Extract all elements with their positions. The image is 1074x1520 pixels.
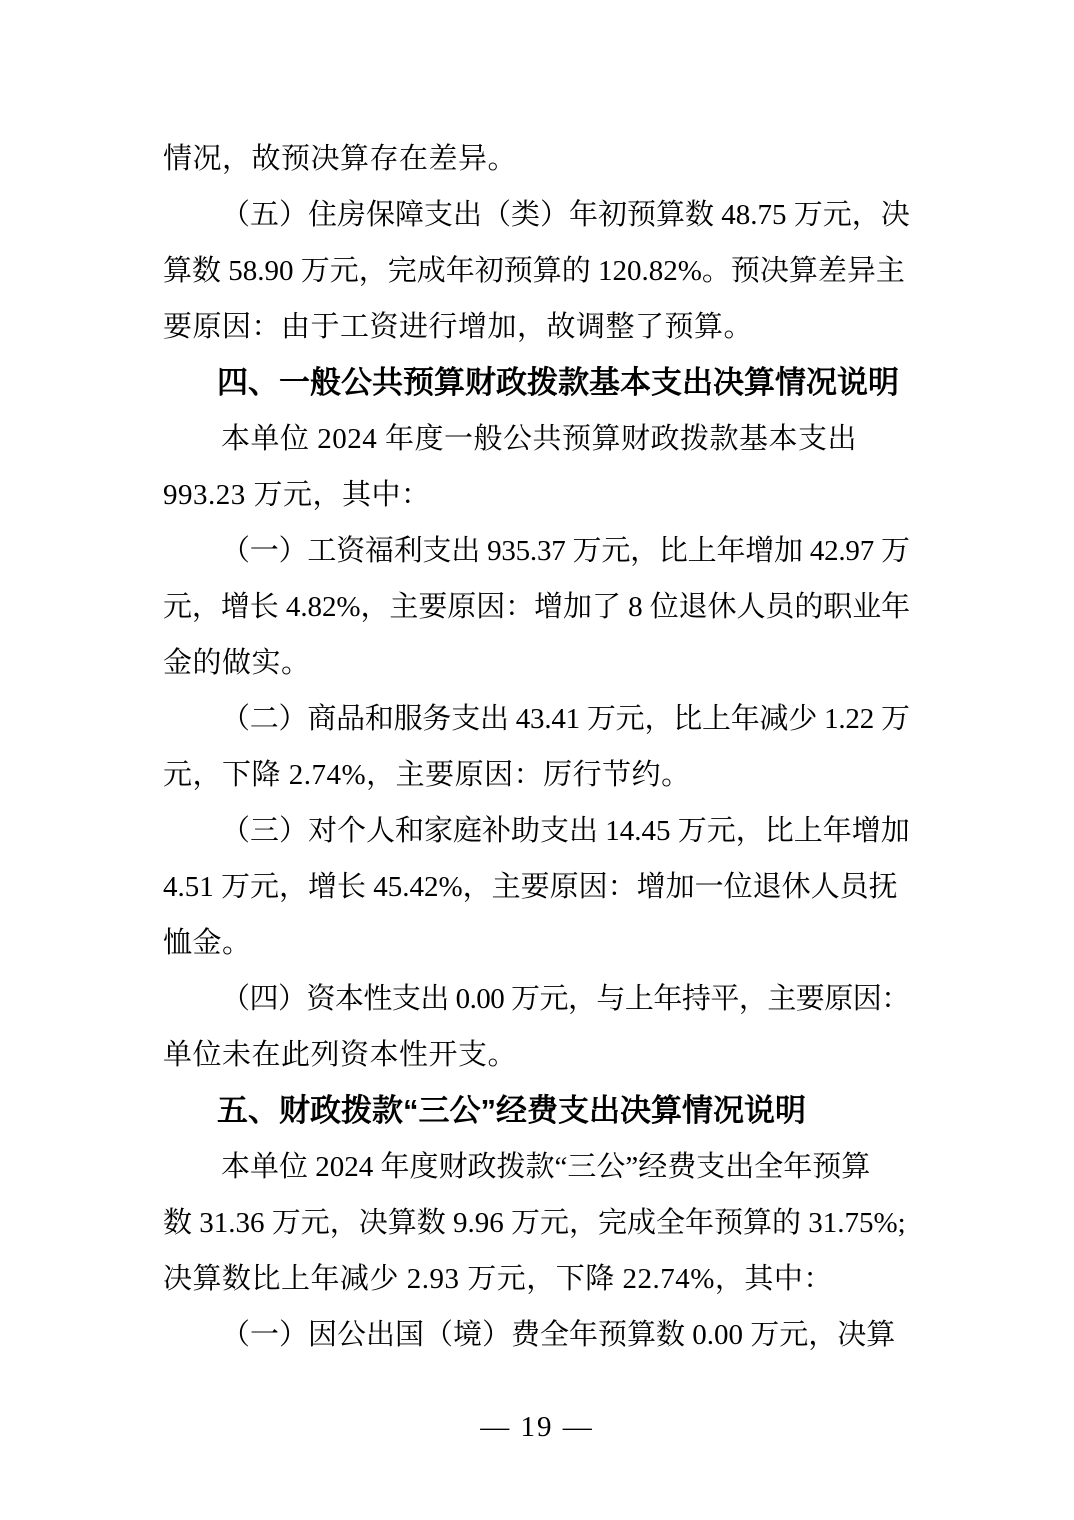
text-line: 元，下降 2.74%，主要原因：厉行节约。 [163,747,910,803]
text-line: 本单位 2024 年度一般公共预算财政拨款基本支出 [163,411,910,467]
page-number: — 19 — [0,1399,1074,1455]
text-line: （四）资本性支出 0.00 万元，与上年持平，主要原因： [163,971,910,1027]
text-line: 恤金。 [163,915,910,971]
text-line: 本单位 2024 年度财政拨款“三公”经费支出全年预算 [163,1139,910,1195]
text-line: （三）对个人和家庭补助支出 14.45 万元，比上年增加 [163,803,910,859]
text-line: 要原因：由于工资进行增加，故调整了预算。 [163,299,910,355]
text-line: 情况，故预决算存在差异。 [163,131,910,187]
section-heading-five: 五、财政拨款“三公”经费支出决算情况说明 [163,1083,910,1139]
text-line: 993.23 万元，其中： [163,467,910,523]
text-line: （二）商品和服务支出 43.41 万元，比上年减少 1.22 万 [163,691,910,747]
text-line: （一）因公出国（境）费全年预算数 0.00 万元，决算 [163,1307,910,1363]
section-heading-four: 四、一般公共预算财政拨款基本支出决算情况说明 [163,355,910,411]
text-line: 金的做实。 [163,635,910,691]
text-line: 数 31.36 万元，决算数 9.96 万元，完成全年预算的 31.75%; [163,1195,910,1251]
document-page: 情况，故预决算存在差异。 （五）住房保障支出（类）年初预算数 48.75 万元，… [0,0,1074,1520]
text-line: 算数 58.90 万元，完成年初预算的 120.82%。预决算差异主 [163,243,910,299]
text-line: 元，增长 4.82%，主要原因：增加了 8 位退休人员的职业年 [163,579,910,635]
text-line: （一）工资福利支出 935.37 万元，比上年增加 42.97 万 [163,523,910,579]
text-line: 决算数比上年减少 2.93 万元，下降 22.74%，其中： [163,1251,910,1307]
document-body: 情况，故预决算存在差异。 （五）住房保障支出（类）年初预算数 48.75 万元，… [163,131,910,1363]
text-line: 单位未在此列资本性开支。 [163,1027,910,1083]
text-line: 4.51 万元，增长 45.42%，主要原因：增加一位退休人员抚 [163,859,910,915]
text-line: （五）住房保障支出（类）年初预算数 48.75 万元，决 [163,187,910,243]
